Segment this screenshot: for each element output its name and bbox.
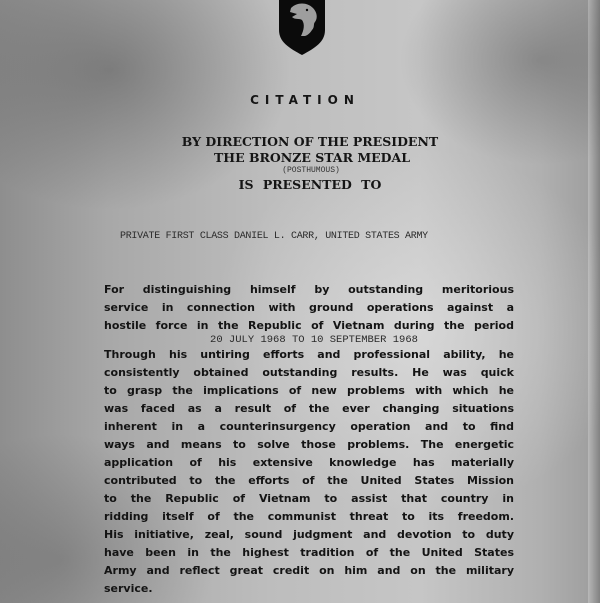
recipient-name: PRIVATE FIRST CLASS DANIEL L. CARR, UNIT… <box>120 231 490 242</box>
body-line: have been in the highest tradition of th… <box>104 544 514 562</box>
body-line: contributed to the efforts of the United… <box>104 472 514 490</box>
body-line: For distinguishing himself by outstandin… <box>104 281 514 299</box>
presented-line: IS PRESENTED TO <box>0 177 600 192</box>
body-line: inherent in a counterinsurgency operatio… <box>104 418 514 436</box>
screaming-eagle-shield-icon <box>277 0 327 56</box>
paper-fold-shadow <box>588 0 600 603</box>
body-line: to grasp the implications of new problem… <box>104 382 514 400</box>
posthumous-note: (POSTHUMOUS) <box>0 166 600 175</box>
body-line: service in connection with ground operat… <box>104 299 514 317</box>
body-line: to the Republic of Vietnam to assist tha… <box>104 490 514 508</box>
body-line: His initiative, zeal, sound judgment and… <box>104 526 514 544</box>
body-line: was faced as a result of the ever changi… <box>104 400 514 418</box>
body-line: ridding itself of the communist threat t… <box>104 508 514 526</box>
body-line: application of his extensive knowledge h… <box>104 454 514 472</box>
body-line: consistently obtained outstanding result… <box>104 364 514 382</box>
citation-heading: CITATION <box>0 93 600 107</box>
authority-line: BY DIRECTION OF THE PRESIDENT <box>0 134 600 149</box>
body-line: ways and means to solve those problems. … <box>104 436 514 454</box>
body-line: Army and reflect great credit on him and… <box>104 562 514 580</box>
body-line: service. <box>104 580 514 598</box>
citation-body: For distinguishing himself by outstandin… <box>104 281 514 598</box>
service-period: 20 JULY 1968 TO 10 SEPTEMBER 1968 <box>104 335 514 346</box>
award-line: THE BRONZE STAR MEDAL <box>0 150 600 165</box>
body-line: Through his untiring efforts and profess… <box>104 346 514 364</box>
body-line: hostile force in the Republic of Vietnam… <box>104 317 514 335</box>
